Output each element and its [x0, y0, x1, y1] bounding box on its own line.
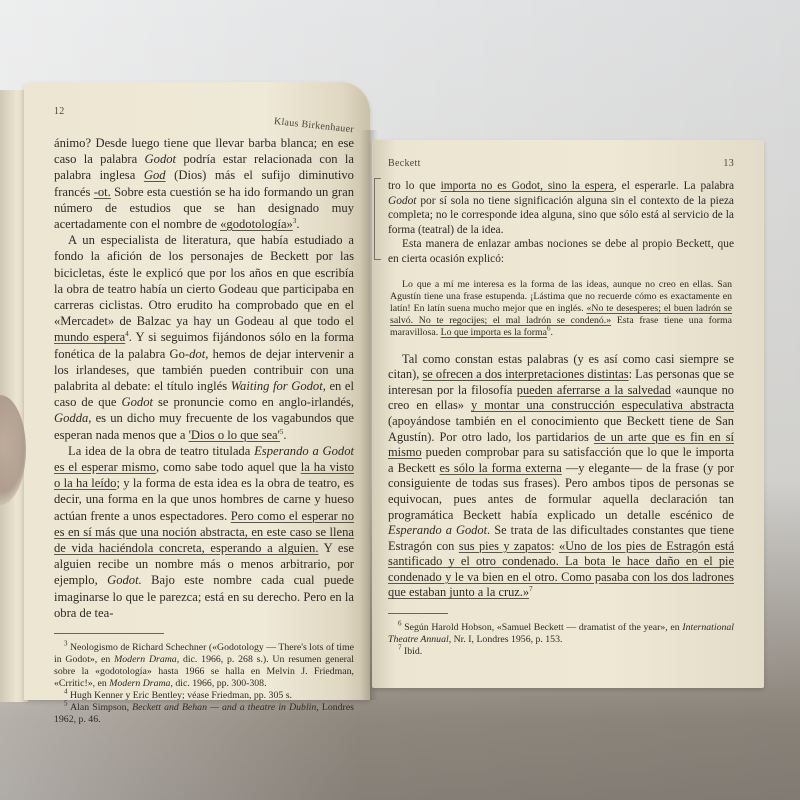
underlined-text: 'Dios o lo que sea': [189, 428, 280, 442]
underlined-text: -ot.: [94, 185, 111, 199]
text-run: , como sabe todo aquel que: [156, 460, 297, 474]
quote-paragraph: Lo que a mí me interesa es la forma de l…: [390, 279, 732, 340]
underlined-italic-text: God: [144, 168, 166, 182]
right-page-content: Beckett 13 tro lo que importa no es Godo…: [388, 158, 734, 658]
text-run: , Nr. I, Londres 1956, p. 153.: [449, 634, 563, 645]
right-running-head: Beckett 13: [388, 158, 734, 169]
italic-text: Modern Drama: [114, 654, 177, 665]
footnote-number: 7: [398, 644, 402, 652]
paragraph: La idea de la obra de teatro titulada Es…: [54, 443, 354, 621]
left-page-content: 12 Klaus Birkenhauer ánimo? Desde luego …: [54, 106, 354, 726]
underlined-text: Lo que importa es la forma: [441, 327, 547, 338]
italic-text: Godot: [145, 152, 176, 166]
footnote-number: 5: [64, 700, 68, 708]
text-run: A un especialista de literatura, que hab…: [54, 233, 354, 328]
footnote-divider: [54, 633, 164, 634]
italic-text: Waiting for Godot: [231, 379, 323, 393]
footnote-ref: 3: [293, 217, 297, 225]
pencil-margin-bracket: [374, 178, 381, 260]
footnote-divider: [388, 613, 448, 614]
text-run: , el esperarle. La palabra: [614, 180, 734, 192]
text-run: Alan Simpson,: [70, 702, 129, 713]
block-quote: Lo que a mí me interesa es la forma de l…: [388, 279, 734, 340]
footnote-number: 6: [398, 620, 402, 628]
underlined-text: «godotología»: [220, 217, 293, 231]
underlined-text: pueden aferrarse a la salvedad: [517, 383, 671, 397]
right-page-number: 13: [723, 158, 734, 169]
underlined-text: mundo espera: [54, 330, 125, 344]
text-run: se pronuncie como en anglo-irlandés,: [158, 395, 354, 409]
footnote-5: 5 Alan Simpson, Beckett and Behan — and …: [54, 702, 354, 726]
paragraph: Esta manera de enlazar ambas nociones se…: [388, 237, 734, 266]
left-footnotes: 3 Neologismo de Richard Schechner («Godo…: [54, 642, 354, 726]
right-body-text: tro lo que importa no es Godot, sino la …: [388, 179, 734, 267]
paragraph: Tal como constan estas palabras (y es as…: [388, 352, 734, 602]
italic-text: Beckett and Behan — and a theatre in Dub…: [132, 702, 316, 713]
italic-text: Godot.: [107, 573, 142, 587]
running-head-author: Klaus Birkenhauer: [273, 116, 354, 135]
italic-text: Godot: [122, 395, 153, 409]
footnote-number: 4: [64, 688, 68, 696]
right-page: Beckett 13 tro lo que importa no es Godo…: [372, 140, 764, 688]
right-body-text-2: Tal como constan estas palabras (y es as…: [388, 352, 734, 602]
text-run: Según Harold Hobson, «Samuel Beckett — d…: [404, 622, 679, 633]
underlined-text: es el esperar mismo: [54, 460, 156, 474]
left-body-text: ánimo? Desde luego tiene que llevar barb…: [54, 135, 354, 621]
underlined-text: y montar una construcción especulativa a…: [471, 398, 734, 412]
underlined-text: se ofrecen a dos interpretaciones distin…: [422, 367, 628, 381]
footnote-3: 3 Neologismo de Richard Schechner («Godo…: [54, 642, 354, 690]
italic-text: Esperando a Godot: [254, 444, 354, 458]
text-run: , dic. 1966, pp. 300-308.: [170, 678, 266, 689]
footnote-ref: 5: [280, 427, 284, 435]
right-footnotes: 6 Según Harold Hobson, «Samuel Beckett —…: [388, 622, 734, 658]
footnote-ref: 7: [529, 585, 533, 593]
italic-text: Modern Drama: [109, 678, 170, 689]
left-page: 12 Klaus Birkenhauer ánimo? Desde luego …: [24, 82, 370, 700]
left-running-head: 12 Klaus Birkenhauer: [54, 106, 354, 127]
text-run: por sí sola no tiene significación algun…: [388, 195, 734, 236]
text-run: tro lo que: [388, 180, 436, 192]
footnote-number: 3: [64, 640, 68, 648]
underlined-text: importa no es Godot, sino la espera: [441, 180, 614, 192]
footnote-7: 7 Ibid.: [388, 646, 734, 658]
italic-text: dot: [189, 347, 205, 361]
paragraph: tro lo que importa no es Godot, sino la …: [388, 179, 734, 237]
italic-text: Godda: [54, 411, 88, 425]
footnote-4: 4 Hugh Kenner y Eric Bentley; véase Frie…: [54, 690, 354, 702]
paragraph: A un especialista de literatura, que hab…: [54, 232, 354, 443]
underlined-text: es sólo la forma externa: [440, 461, 562, 475]
italic-text: Esperando a Godot: [388, 523, 487, 537]
text-run: Ibid.: [404, 646, 422, 657]
italic-text: Godot: [388, 195, 416, 207]
running-head-title: Beckett: [388, 158, 421, 169]
paragraph: ánimo? Desde luego tiene que llevar barb…: [54, 135, 354, 232]
left-page-number: 12: [54, 106, 65, 127]
underlined-text: sus pies y zapatos: [459, 539, 551, 553]
text-run: :: [551, 539, 554, 553]
text-run: .: [550, 327, 552, 338]
text-run: Hugh Kenner y Eric Bentley; véase Friedm…: [70, 690, 292, 701]
text-run: La idea de la obra de teatro titulada: [68, 444, 250, 458]
text-run: Bajo este nombre cada cual puede imagina…: [54, 573, 354, 619]
footnote-6: 6 Según Harold Hobson, «Samuel Beckett —…: [388, 622, 734, 646]
